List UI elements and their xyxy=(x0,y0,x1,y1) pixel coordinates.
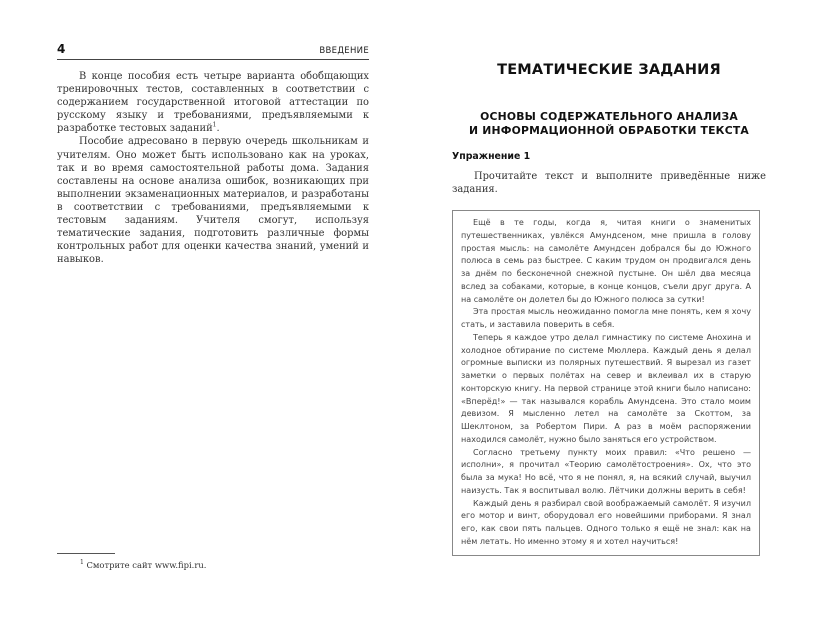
footnote-marker: 1 xyxy=(80,559,84,566)
section-title-line: ОСНОВЫ СОДЕРЖАТЕЛЬНОГО АНАЛИЗА xyxy=(480,110,738,123)
box-paragraph: Теперь я каждое утро делал гимнастику по… xyxy=(461,332,751,447)
exercise-label: Упражнение 1 xyxy=(452,151,766,162)
box-paragraph: Эта простая мысль неожиданно помогла мне… xyxy=(461,306,751,332)
right-page: ТЕМАТИЧЕСКИЕ ЗАДАНИЯ ОСНОВЫ СОДЕРЖАТЕЛЬН… xyxy=(452,62,766,196)
paragraph: В конце пособия есть четыре варианта обо… xyxy=(57,70,369,135)
exercise-instruction: Прочитайте текст и выполните приведённые… xyxy=(452,170,766,196)
box-paragraph: Согласно третьему пункту моих правил: «Ч… xyxy=(461,447,751,498)
footnote-divider xyxy=(57,553,115,554)
introduction-text: В конце пособия есть четыре варианта обо… xyxy=(57,70,369,266)
footnote-ref[interactable]: 1 xyxy=(213,122,217,129)
chapter-title: ТЕМАТИЧЕСКИЕ ЗАДАНИЯ xyxy=(452,62,766,78)
paragraph: Пособие адресовано в первую очередь школ… xyxy=(57,135,369,266)
page-number: 4 xyxy=(57,42,65,56)
box-paragraph: Каждый день я разбирал свой воображаемый… xyxy=(461,498,751,549)
running-head-title: ВВЕДЕНИЕ xyxy=(319,46,369,56)
reading-text-box: Ещё в те годы, когда я, читая книги о зн… xyxy=(452,210,760,556)
footnote: 1 Смотрите сайт www.fipi.ru. xyxy=(80,560,206,570)
box-paragraph: Ещё в те годы, когда я, читая книги о зн… xyxy=(461,217,751,306)
section-title-line: И ИНФОРМАЦИОННОЙ ОБРАБОТКИ ТЕКСТА xyxy=(469,124,749,137)
footnote-text: Смотрите сайт www.fipi.ru. xyxy=(87,560,207,570)
running-head: 4 ВВЕДЕНИЕ xyxy=(57,40,369,60)
section-title: ОСНОВЫ СОДЕРЖАТЕЛЬНОГО АНАЛИЗА И ИНФОРМА… xyxy=(452,110,766,138)
left-page: 4 ВВЕДЕНИЕ В конце пособия есть четыре в… xyxy=(57,40,369,266)
